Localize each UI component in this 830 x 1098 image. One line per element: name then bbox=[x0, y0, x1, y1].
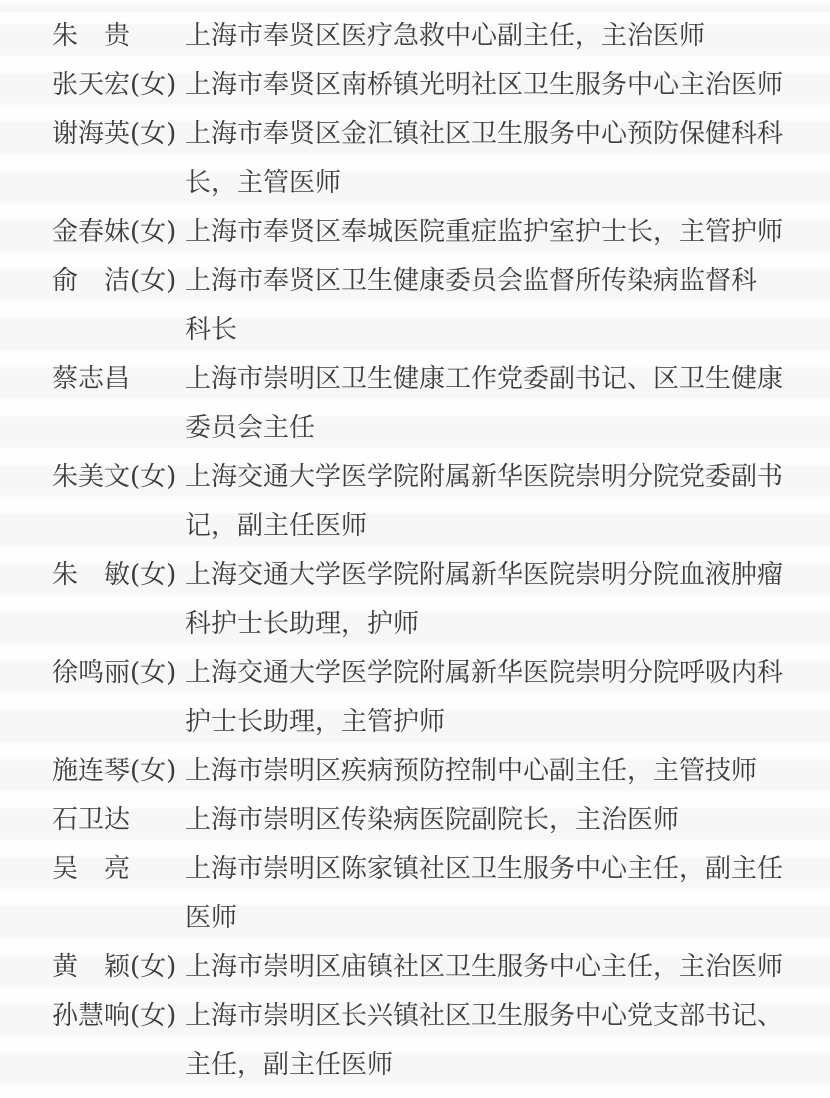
person-name: 朱美文(女) bbox=[52, 453, 185, 502]
person-name: 谢海英(女) bbox=[52, 110, 185, 159]
person-name: 朱 敏(女) bbox=[52, 551, 185, 600]
person-name: 张天宏(女) bbox=[52, 61, 185, 110]
person-name: 黄 颖(女) bbox=[52, 943, 185, 992]
person-description-line: 委员会主任 bbox=[185, 404, 830, 453]
honoree-list: 朱 贵 上海市奉贤区医疗急救中心副主任，主治医师 张天宏(女) 上海市奉贤区南桥… bbox=[0, 12, 830, 1090]
person-description-line: 上海市奉贤区卫生健康委员会监督所传染病监督科 bbox=[185, 257, 830, 306]
list-item: 徐鸣丽(女) 上海交通大学医学院附属新华医院崇明分院呼吸内科护士长助理，主管护师 bbox=[0, 649, 830, 747]
person-description-line: 上海市崇明区长兴镇社区卫生服务中心党支部书记、 bbox=[185, 992, 830, 1041]
person-description-line: 上海市崇明区庙镇社区卫生服务中心主任，主治医师 bbox=[185, 943, 830, 992]
person-description: 上海市崇明区陈家镇社区卫生服务中心主任，副主任医师 bbox=[185, 845, 830, 943]
list-item: 孙慧响(女) 上海市崇明区长兴镇社区卫生服务中心党支部书记、主任，副主任医师 bbox=[0, 992, 830, 1090]
person-description-line: 上海市崇明区陈家镇社区卫生服务中心主任，副主任 bbox=[185, 845, 830, 894]
list-item: 石卫达 上海市崇明区传染病医院副院长，主治医师 bbox=[0, 796, 830, 845]
person-description-line: 主任，副主任医师 bbox=[185, 1041, 830, 1090]
person-description: 上海市崇明区疾病预防控制中心副主任，主管技师 bbox=[185, 747, 830, 796]
person-description-line: 上海市崇明区传染病医院副院长，主治医师 bbox=[185, 796, 830, 845]
person-description: 上海交通大学医学院附属新华医院崇明分院血液肿瘤科护士长助理，护师 bbox=[185, 551, 830, 649]
person-name: 孙慧响(女) bbox=[52, 992, 185, 1041]
person-description: 上海市奉贤区医疗急救中心副主任，主治医师 bbox=[185, 12, 830, 61]
person-description: 上海市崇明区卫生健康工作党委副书记、区卫生健康委员会主任 bbox=[185, 355, 830, 453]
person-description: 上海市崇明区庙镇社区卫生服务中心主任，主治医师 bbox=[185, 943, 830, 992]
list-item: 蔡志昌 上海市崇明区卫生健康工作党委副书记、区卫生健康委员会主任 bbox=[0, 355, 830, 453]
person-description: 上海市崇明区长兴镇社区卫生服务中心党支部书记、主任，副主任医师 bbox=[185, 992, 830, 1090]
person-description-line: 记，副主任医师 bbox=[185, 502, 830, 551]
list-item: 施连琴(女) 上海市崇明区疾病预防控制中心副主任，主管技师 bbox=[0, 747, 830, 796]
person-description: 上海交通大学医学院附属新华医院崇明分院呼吸内科护士长助理，主管护师 bbox=[185, 649, 830, 747]
person-name: 俞 洁(女) bbox=[52, 257, 185, 306]
person-description: 上海市奉贤区卫生健康委员会监督所传染病监督科科长 bbox=[185, 257, 830, 355]
list-item: 俞 洁(女) 上海市奉贤区卫生健康委员会监督所传染病监督科科长 bbox=[0, 257, 830, 355]
person-name: 金春妹(女) bbox=[52, 208, 185, 257]
person-description-line: 护士长助理，主管护师 bbox=[185, 698, 830, 747]
document-page: 朱 贵 上海市奉贤区医疗急救中心副主任，主治医师 张天宏(女) 上海市奉贤区南桥… bbox=[0, 0, 830, 1098]
person-description: 上海市奉贤区奉城医院重症监护室护士长，主管护师 bbox=[185, 208, 830, 257]
person-description: 上海交通大学医学院附属新华医院崇明分院党委副书记，副主任医师 bbox=[185, 453, 830, 551]
list-item: 张天宏(女) 上海市奉贤区南桥镇光明社区卫生服务中心主治医师 bbox=[0, 61, 830, 110]
person-description-line: 上海交通大学医学院附属新华医院崇明分院党委副书 bbox=[185, 453, 830, 502]
person-name: 石卫达 bbox=[52, 796, 185, 845]
person-description-line: 医师 bbox=[185, 894, 830, 943]
person-description-line: 上海市奉贤区奉城医院重症监护室护士长，主管护师 bbox=[185, 208, 830, 257]
person-description-line: 上海交通大学医学院附属新华医院崇明分院呼吸内科 bbox=[185, 649, 830, 698]
person-description-line: 上海市奉贤区南桥镇光明社区卫生服务中心主治医师 bbox=[185, 61, 830, 110]
person-description-line: 上海市崇明区卫生健康工作党委副书记、区卫生健康 bbox=[185, 355, 830, 404]
list-item: 黄 颖(女) 上海市崇明区庙镇社区卫生服务中心主任，主治医师 bbox=[0, 943, 830, 992]
person-name: 吴 亮 bbox=[52, 845, 185, 894]
person-description: 上海市奉贤区南桥镇光明社区卫生服务中心主治医师 bbox=[185, 61, 830, 110]
person-description-line: 上海交通大学医学院附属新华医院崇明分院血液肿瘤 bbox=[185, 551, 830, 600]
person-description-line: 科护士长助理，护师 bbox=[185, 600, 830, 649]
list-item: 朱 敏(女) 上海交通大学医学院附属新华医院崇明分院血液肿瘤科护士长助理，护师 bbox=[0, 551, 830, 649]
person-description-line: 上海市崇明区疾病预防控制中心副主任，主管技师 bbox=[185, 747, 830, 796]
person-description-line: 长，主管医师 bbox=[185, 159, 830, 208]
person-name: 施连琴(女) bbox=[52, 747, 185, 796]
list-item: 金春妹(女) 上海市奉贤区奉城医院重症监护室护士长，主管护师 bbox=[0, 208, 830, 257]
person-description-line: 上海市奉贤区医疗急救中心副主任，主治医师 bbox=[185, 12, 830, 61]
list-item: 朱美文(女) 上海交通大学医学院附属新华医院崇明分院党委副书记，副主任医师 bbox=[0, 453, 830, 551]
person-description: 上海市奉贤区金汇镇社区卫生服务中心预防保健科科长，主管医师 bbox=[185, 110, 830, 208]
list-item: 朱 贵 上海市奉贤区医疗急救中心副主任，主治医师 bbox=[0, 12, 830, 61]
person-description: 上海市崇明区传染病医院副院长，主治医师 bbox=[185, 796, 830, 845]
person-name: 朱 贵 bbox=[52, 12, 185, 61]
person-name: 蔡志昌 bbox=[52, 355, 185, 404]
person-name: 徐鸣丽(女) bbox=[52, 649, 185, 698]
person-description-line: 科长 bbox=[185, 306, 830, 355]
person-description-line: 上海市奉贤区金汇镇社区卫生服务中心预防保健科科 bbox=[185, 110, 830, 159]
list-item: 吴 亮 上海市崇明区陈家镇社区卫生服务中心主任，副主任医师 bbox=[0, 845, 830, 943]
list-item: 谢海英(女) 上海市奉贤区金汇镇社区卫生服务中心预防保健科科长，主管医师 bbox=[0, 110, 830, 208]
